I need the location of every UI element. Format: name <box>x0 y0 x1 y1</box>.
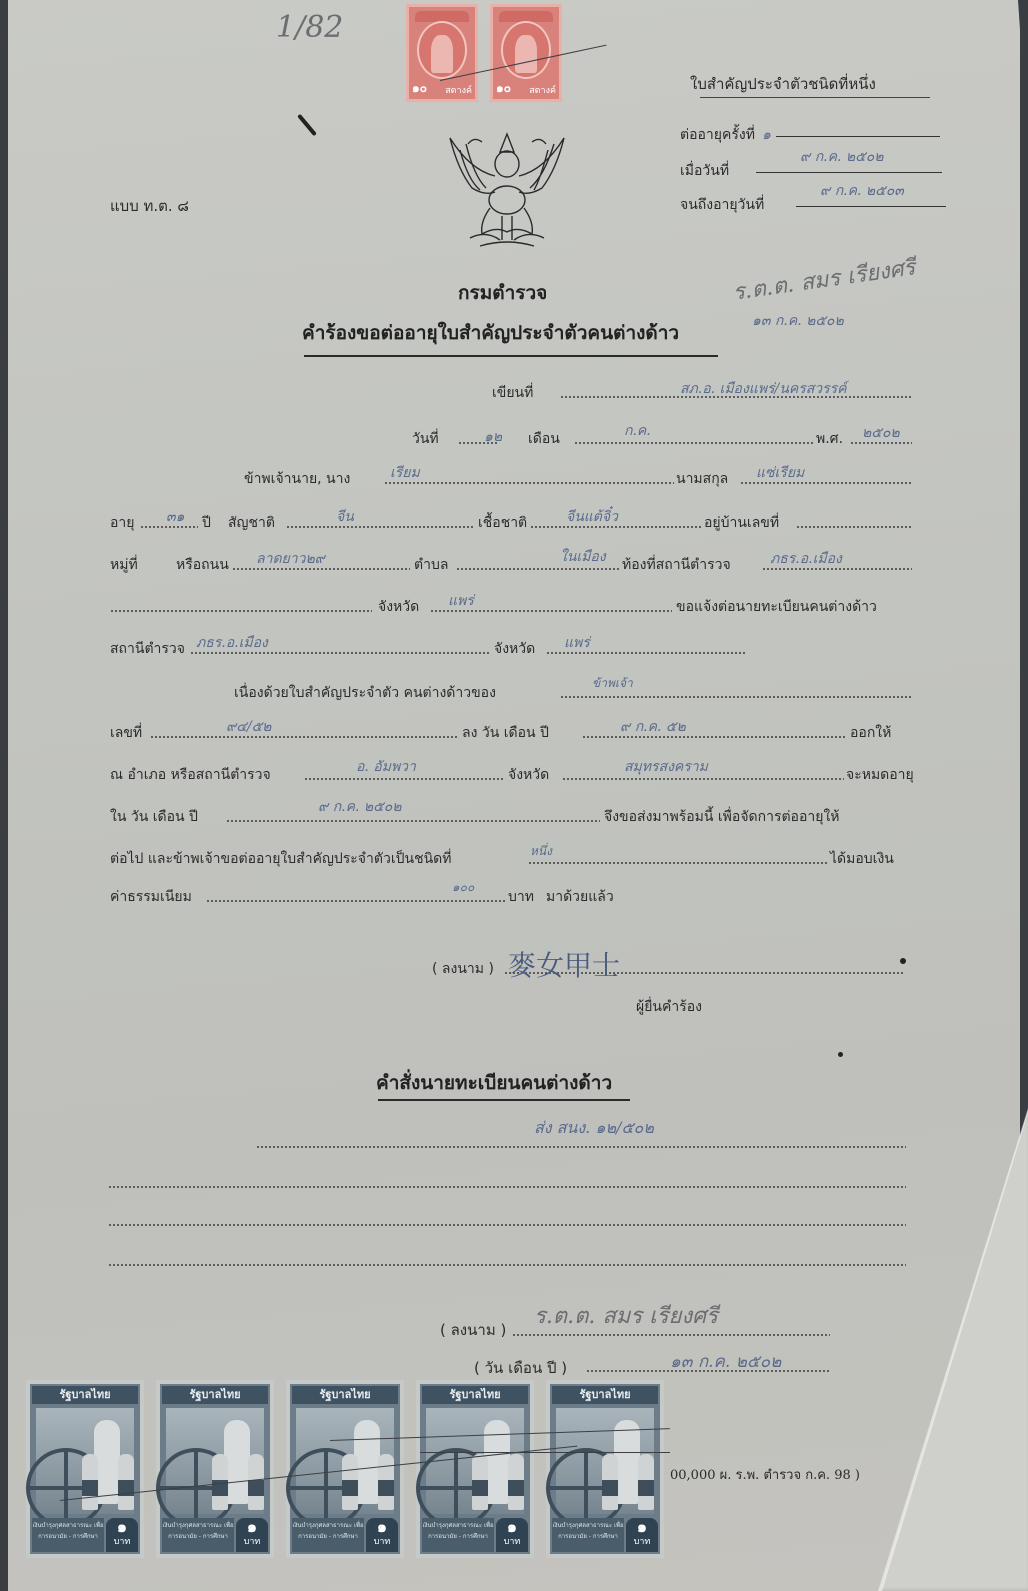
day-value[interactable]: ๑๒ <box>484 426 502 448</box>
surname-value[interactable]: แซ่เรียม <box>756 462 804 484</box>
expires-text: จะหมดอายุ <box>846 764 914 786</box>
province-value[interactable]: แพร่ <box>448 590 474 612</box>
applicant-signature[interactable]: 麥女甲士 <box>508 944 620 984</box>
registrar-signature[interactable]: ร.ต.ต. สมร เรียงศรี <box>534 1298 718 1333</box>
issued-province-value[interactable]: สมุทรสงคราม <box>624 756 708 778</box>
registrar-order-line <box>108 1264 906 1266</box>
province-label: จังหวัด <box>378 596 419 618</box>
registrar-date-label: ( วัน เดือน ปี ) <box>474 1356 567 1380</box>
fee-label: ค่าธรรมเนียม <box>110 886 192 908</box>
fee-currency: บาท <box>508 886 534 908</box>
first-name-value[interactable]: เรียม <box>390 462 420 484</box>
registrar-order-heading: คำสั่งนายทะเบียนคนต่างด้าว <box>376 1068 612 1098</box>
road-value[interactable]: ลาดยาว๒๙ <box>256 548 325 570</box>
paid-text: ได้มอบเงิน <box>830 848 894 870</box>
applicant-sign-label: ( ลงนาม ) <box>432 958 494 980</box>
certificate-number-value[interactable]: ๙๔/๕๒ <box>226 716 271 738</box>
file-number: 1/82 <box>276 10 343 45</box>
welfare-stamp: รัฐบาลไทย เงินบำรุงกุศลสาธารณะ เพื่อ การ… <box>26 1380 144 1558</box>
renewal-type-label: ต่อไป และข้าพเจ้าขอต่ออายุใบสำคัญประจำตั… <box>110 848 451 870</box>
nationality-label: สัญชาติ <box>228 512 275 534</box>
certificate-number-label: เลขที่ <box>110 722 142 744</box>
station-province-value[interactable]: แพร่ <box>564 632 590 654</box>
expiry-date-value[interactable]: ๙ ก.ค. ๒๕๐๒ <box>318 796 402 818</box>
road-label: หรือถนน <box>176 554 229 576</box>
form-code: แบบ ท.ต. ๘ <box>110 194 189 218</box>
revenue-stamp: ๑๐ สตางค์ <box>490 4 562 102</box>
station-label: สถานีตำรวจ <box>110 638 185 660</box>
applicant-caption: ผู้ยื่นคำร้อง <box>636 996 702 1018</box>
issued-province-label: จังหวัด <box>508 764 549 786</box>
tambon-value[interactable]: ในเมือง <box>560 546 606 568</box>
month-label: เดือน <box>528 428 560 450</box>
welfare-stamp: รัฐบาลไทย เงินบำรุงกุศลสาธารณะ เพื่อ การ… <box>546 1380 664 1558</box>
station-province-label: จังหวัด <box>494 638 535 660</box>
renewal-count-value: ๑ <box>762 124 771 146</box>
expiry-date-label: ใน วัน เดือน ปี <box>110 806 198 828</box>
nationality-value[interactable]: จีน <box>336 506 354 528</box>
issued-at-value[interactable]: อ. อัมพวา <box>356 756 416 778</box>
stamp-cancel-mark <box>420 1452 670 1453</box>
certificate-heading: ใบสำคัญประจำตัวชนิดที่หนึ่ง <box>690 72 876 96</box>
renewal-count-label: ต่ออายุครั้งที่ <box>680 124 755 146</box>
police-area-label: ท้องที่สถานีตำรวจ <box>622 554 731 576</box>
submit-renewal-text: จึงขอส่งมาพร้อมนี้ เพื่อจัดการต่ออายุให้ <box>604 806 840 828</box>
renewed-on-value: ๙ ก.ค. ๒๕๐๒ <box>800 146 884 168</box>
welfare-stamp: รัฐบาลไทย เงินบำรุงกุศลสาธารณะ เพื่อ การ… <box>156 1380 274 1558</box>
day-label: วันที่ <box>412 428 439 450</box>
department-name: กรมตำรวจ <box>458 278 547 308</box>
written-at-value[interactable]: สภ.อ. เมืองแพร่/นครสวรรค์ <box>680 378 847 400</box>
registrar-order-line <box>256 1146 906 1148</box>
year-label: พ.ศ. <box>816 428 843 450</box>
because-label: เนื่องด้วยใบสำคัญประจำตัว คนต่างด้าวของ <box>234 682 496 704</box>
printer-footer: 00,000 ผ. ร.พ. ตำรวจ ก.ค. 98 ) <box>670 1464 860 1485</box>
renewed-on-label: เมื่อวันที่ <box>680 160 729 182</box>
because-value[interactable]: ข้าพเจ้า <box>592 674 633 693</box>
station-value[interactable]: ภธร.อ.เมือง <box>196 632 268 654</box>
page-title: คำร้องขอต่ออายุใบสำคัญประจำตัวคนต่างด้าว <box>302 318 679 348</box>
moo-label: หมู่ที่ <box>110 554 138 576</box>
registrar-order-line-1[interactable]: ส่ง สนง. ๑๒/๕๐๒ <box>534 1116 654 1141</box>
year-value[interactable]: ๒๕๐๒ <box>862 422 900 444</box>
registrar-order-line <box>108 1186 906 1188</box>
registrar-sign-label: ( ลงนาม ) <box>440 1318 506 1342</box>
registrar-order-line <box>108 1224 906 1226</box>
surname-label: นามสกุล <box>676 468 728 490</box>
issued-at-label: ณ อำเภอ หรือสถานีตำรวจ <box>110 764 271 786</box>
age-value[interactable]: ๓๑ <box>166 506 184 528</box>
dated-value[interactable]: ๙ ก.ค. ๕๒ <box>620 716 686 738</box>
notify-registrar-text: ขอแจ้งต่อนายทะเบียนคนต่างด้าว <box>676 596 877 618</box>
written-at-label: เขียนที่ <box>492 382 533 404</box>
garuda-emblem-icon <box>440 130 574 252</box>
revenue-stamp: ๑๐ สตางค์ <box>406 4 478 102</box>
dated-label: ลง วัน เดือน ปี <box>462 722 549 744</box>
registrar-date-value[interactable]: ๑๓ ก.ค. ๒๕๐๒ <box>670 1348 781 1375</box>
race-label: เชื้อชาติ <box>478 512 527 534</box>
valid-until-label: จนถึงอายุวันที่ <box>680 194 764 216</box>
renewal-type-value[interactable]: หนึ่ง <box>530 842 552 861</box>
fee-attached-text: มาด้วยแล้ว <box>546 886 614 908</box>
house-number-label: อยู่บ้านเลขที่ <box>704 512 779 534</box>
welfare-stamp: รัฐบาลไทย เงินบำรุงกุศลสาธารณะ เพื่อ การ… <box>416 1380 534 1558</box>
year-unit-label: ปี <box>202 512 211 534</box>
month-value[interactable]: ก.ค. <box>624 420 651 442</box>
race-value[interactable]: จีนแต้จิ๋ว <box>566 506 618 528</box>
police-area-value[interactable]: ภธร.อ.เมือง <box>770 548 842 570</box>
certificate-date: ๑๓ ก.ค. ๒๕๐๒ <box>752 310 844 332</box>
issued-by-text: ออกให้ <box>850 722 891 744</box>
age-label: อายุ <box>110 512 134 534</box>
fee-value[interactable]: ๑๐๐ <box>452 878 474 897</box>
applicant-label: ข้าพเจ้านาย, นาง <box>244 468 350 490</box>
valid-until-value: ๙ ก.ค. ๒๕๐๓ <box>820 180 904 202</box>
tambon-label: ตำบล <box>414 554 448 576</box>
